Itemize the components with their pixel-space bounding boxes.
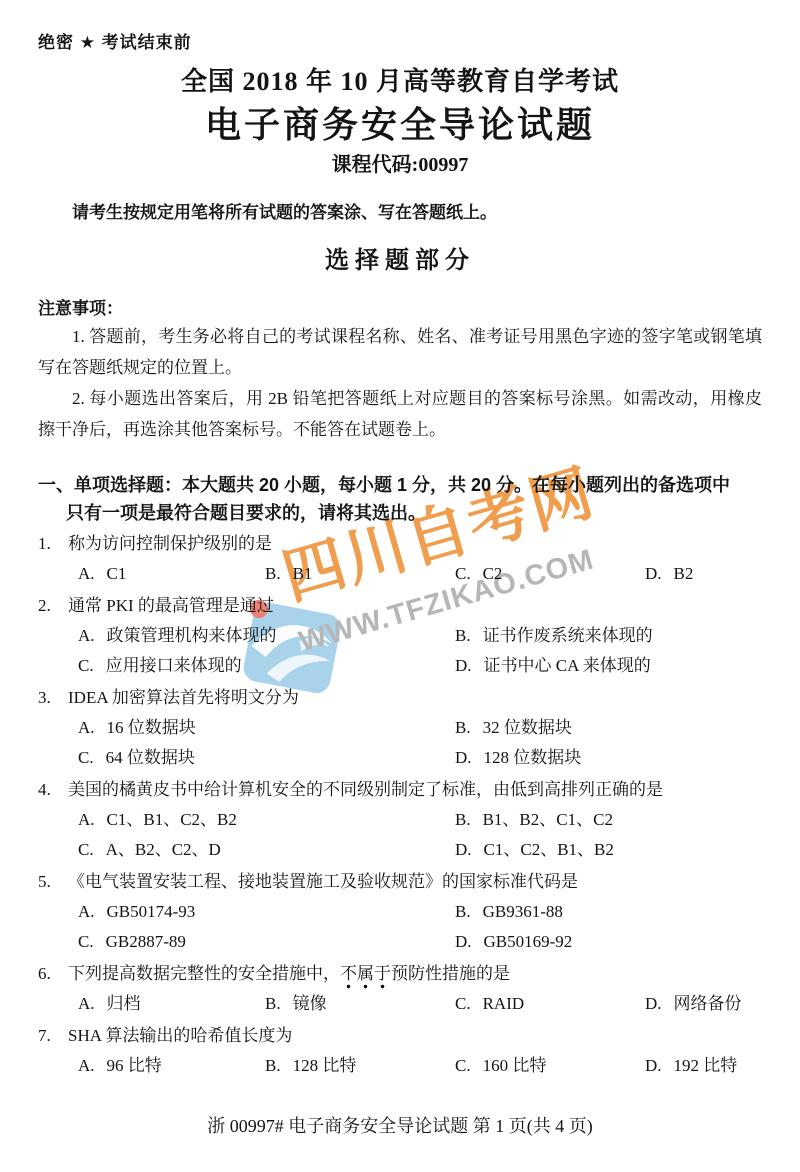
option-text: GB9361-88 <box>483 902 563 921</box>
option-text: C2 <box>483 564 503 583</box>
option-label: D. <box>645 1051 662 1081</box>
question-stem: IDEA 加密算法首先将明文分为 <box>68 683 762 713</box>
question-number: 7. <box>38 1021 68 1051</box>
option-text: 128 位数据块 <box>484 748 582 767</box>
option-text: C1、C2、B1、B2 <box>484 840 614 859</box>
option-label: D. <box>455 743 472 773</box>
option-b: B.32 位数据块 <box>455 713 762 743</box>
option-label: C. <box>455 1051 471 1081</box>
option-text: 证书作废系统来体现的 <box>483 626 653 645</box>
option-label: B. <box>455 897 471 927</box>
options-grid: A.政策管理机构来体现的 B.证书作废系统来体现的 C.应用接口来体现的 D.证… <box>78 621 762 681</box>
question-stem: SHA 算法输出的哈希值长度为 <box>68 1021 762 1051</box>
section-heading-line2: 只有一项是最符合题目要求的，请将其选出。 <box>38 499 762 527</box>
option-text: 32 位数据块 <box>483 718 572 737</box>
option-text: GB2887-89 <box>106 932 186 951</box>
option-b: B.证书作废系统来体现的 <box>455 621 762 651</box>
option-label: D. <box>455 835 472 865</box>
option-a: A.C1、B1、C2、B2 <box>78 805 455 835</box>
notes-title: 注意事项： <box>38 297 762 321</box>
option-text: 政策管理机构来体现的 <box>107 626 277 645</box>
option-text: 128 比特 <box>293 1056 357 1075</box>
option-a: A.96 比特 <box>78 1051 265 1081</box>
option-b: B.B1、B2、C1、C2 <box>455 805 762 835</box>
question-2: 2. 通常 PKI 的最高管理是通过 A.政策管理机构来体现的 B.证书作废系统… <box>38 591 762 681</box>
option-d: D.C1、C2、B1、B2 <box>455 835 762 865</box>
option-c: C.C2 <box>455 559 645 589</box>
option-c: C.64 位数据块 <box>78 743 455 773</box>
question-stem: 通常 PKI 的最高管理是通过 <box>68 591 762 621</box>
option-d: D.192 比特 <box>645 1051 762 1081</box>
question-number: 5. <box>38 867 68 897</box>
option-c: C.GB2887-89 <box>78 927 455 957</box>
option-label: D. <box>645 559 662 589</box>
part-title: 选择题部分 <box>38 245 762 277</box>
option-label: C. <box>78 743 94 773</box>
option-text: 归档 <box>107 994 141 1013</box>
option-text: A、B2、C2、D <box>106 840 221 859</box>
option-text: 96 比特 <box>107 1056 162 1075</box>
option-text: 64 位数据块 <box>106 748 195 767</box>
note-item-2: 2. 每小题选出答案后，用 2B 铅笔把答题纸上对应题目的答案标号涂黑。如需改动… <box>38 383 762 445</box>
option-b: B.GB9361-88 <box>455 897 762 927</box>
option-d: D.B2 <box>645 559 762 589</box>
option-b: B.镜像 <box>265 989 455 1019</box>
option-text: 应用接口来体现的 <box>106 656 242 675</box>
page-content: 绝密 ★ 考试结束前 全国 2018 年 10 月高等教育自学考试 电子商务安全… <box>0 0 800 1139</box>
option-label: A. <box>78 559 95 589</box>
question-5: 5. 《电气装置安装工程、接地装置施工及验收规范》的国家标准代码是 A.GB50… <box>38 867 762 957</box>
option-label: A. <box>78 989 95 1019</box>
option-c: C.应用接口来体现的 <box>78 651 455 681</box>
option-c: C.160 比特 <box>455 1051 645 1081</box>
exam-session-title: 全国 2018 年 10 月高等教育自学考试 <box>38 65 762 99</box>
option-label: A. <box>78 805 95 835</box>
option-a: A.16 位数据块 <box>78 713 455 743</box>
section-heading-line1: 一、单项选择题：本大题共 20 小题，每小题 1 分，共 20 分。在每小题列出… <box>38 471 762 499</box>
stem-text: 下列提高数据完整性的安全措施中， <box>68 964 340 983</box>
question-number: 3. <box>38 683 68 713</box>
question-stem: 称为访问控制保护级别的是 <box>68 529 762 559</box>
option-text: GB50169-92 <box>484 932 573 951</box>
question-6: 6. 下列提高数据完整性的安全措施中，不属于预防性措施的是 A.归档 B.镜像 … <box>38 959 762 1019</box>
option-c: C.A、B2、C2、D <box>78 835 455 865</box>
options-grid: A.C1、B1、C2、B2 B.B1、B2、C1、C2 C.A、B2、C2、D … <box>78 805 762 865</box>
option-text: 镜像 <box>293 994 327 1013</box>
option-d: D.证书中心 CA 来体现的 <box>455 651 762 681</box>
option-d: D.网络备份 <box>645 989 762 1019</box>
option-label: B. <box>265 1051 281 1081</box>
option-label: B. <box>265 989 281 1019</box>
option-text: 160 比特 <box>483 1056 547 1075</box>
option-d: D.GB50169-92 <box>455 927 762 957</box>
option-a: A.C1 <box>78 559 265 589</box>
option-label: A. <box>78 1051 95 1081</box>
option-text: C1 <box>107 564 127 583</box>
option-text: 网络备份 <box>674 994 742 1013</box>
option-text: GB50174-93 <box>107 902 196 921</box>
option-a: A.GB50174-93 <box>78 897 455 927</box>
options-grid: A.GB50174-93 B.GB9361-88 C.GB2887-89 D.G… <box>78 897 762 957</box>
options-row: A.归档 B.镜像 C.RAID D.网络备份 <box>78 989 762 1019</box>
classification-banner: 绝密 ★ 考试结束前 <box>38 28 762 53</box>
option-label: A. <box>78 897 95 927</box>
question-number: 6. <box>38 959 68 989</box>
option-text: RAID <box>483 994 525 1013</box>
question-1: 1. 称为访问控制保护级别的是 A.C1 B.B1 C.C2 D.B2 <box>38 529 762 589</box>
option-text: 16 位数据块 <box>107 718 196 737</box>
option-label: A. <box>78 621 95 651</box>
question-stem: 《电气装置安装工程、接地装置施工及验收规范》的国家标准代码是 <box>68 867 762 897</box>
option-b: B.B1 <box>265 559 455 589</box>
option-text: B1 <box>293 564 313 583</box>
exam-paper-page: 四川自考网 WWW.TFZIKAO.COM 绝密 ★ 考试结束前 全国 2018… <box>0 0 800 1172</box>
question-stem: 美国的橘黄皮书中给计算机安全的不同级别制定了标准，由低到高排列正确的是 <box>68 775 762 805</box>
option-a: A.归档 <box>78 989 265 1019</box>
options-row: A.C1 B.B1 C.C2 D.B2 <box>78 559 762 589</box>
option-text: B2 <box>674 564 694 583</box>
option-text: C1、B1、C2、B2 <box>107 810 237 829</box>
option-label: C. <box>78 927 94 957</box>
course-code: 课程代码:00997 <box>38 153 762 177</box>
question-number: 4. <box>38 775 68 805</box>
question-4: 4. 美国的橘黄皮书中给计算机安全的不同级别制定了标准，由低到高排列正确的是 A… <box>38 775 762 865</box>
page-title: 电子商务安全导论试题 <box>38 103 762 147</box>
stem-text: 预防性措施的是 <box>391 964 510 983</box>
option-label: A. <box>78 713 95 743</box>
option-text: 证书中心 CA 来体现的 <box>484 656 651 675</box>
answer-instruction: 请考生按规定用笔将所有试题的答案涂、写在答题纸上。 <box>38 201 762 225</box>
option-a: A.政策管理机构来体现的 <box>78 621 455 651</box>
option-label: B. <box>455 621 471 651</box>
options-grid: A.16 位数据块 B.32 位数据块 C.64 位数据块 D.128 位数据块 <box>78 713 762 773</box>
option-c: C.RAID <box>455 989 645 1019</box>
option-label: B. <box>265 559 281 589</box>
option-text: B1、B2、C1、C2 <box>483 810 613 829</box>
option-b: B.128 比特 <box>265 1051 455 1081</box>
question-number: 2. <box>38 591 68 621</box>
option-label: C. <box>455 559 471 589</box>
option-label: B. <box>455 713 471 743</box>
section-heading: 一、单项选择题：本大题共 20 小题，每小题 1 分，共 20 分。在每小题列出… <box>38 471 762 527</box>
stem-emphasized-text: 不属于 <box>340 964 391 989</box>
option-text: 192 比特 <box>674 1056 738 1075</box>
question-number: 1. <box>38 529 68 559</box>
option-label: D. <box>455 927 472 957</box>
option-label: B. <box>455 805 471 835</box>
option-label: C. <box>78 651 94 681</box>
option-label: D. <box>645 989 662 1019</box>
page-footer: 浙 00997# 电子商务安全导论试题 第 1 页(共 4 页) <box>38 1113 762 1139</box>
options-row: A.96 比特 B.128 比特 C.160 比特 D.192 比特 <box>78 1051 762 1081</box>
note-item-1: 1. 答题前，考生务必将自己的考试课程名称、姓名、准考证号用黑色字迹的签字笔或钢… <box>38 321 762 383</box>
question-3: 3. IDEA 加密算法首先将明文分为 A.16 位数据块 B.32 位数据块 … <box>38 683 762 773</box>
question-7: 7. SHA 算法输出的哈希值长度为 A.96 比特 B.128 比特 C.16… <box>38 1021 762 1081</box>
option-label: C. <box>78 835 94 865</box>
option-d: D.128 位数据块 <box>455 743 762 773</box>
question-stem: 下列提高数据完整性的安全措施中，不属于预防性措施的是 <box>68 959 762 989</box>
option-label: C. <box>455 989 471 1019</box>
option-label: D. <box>455 651 472 681</box>
